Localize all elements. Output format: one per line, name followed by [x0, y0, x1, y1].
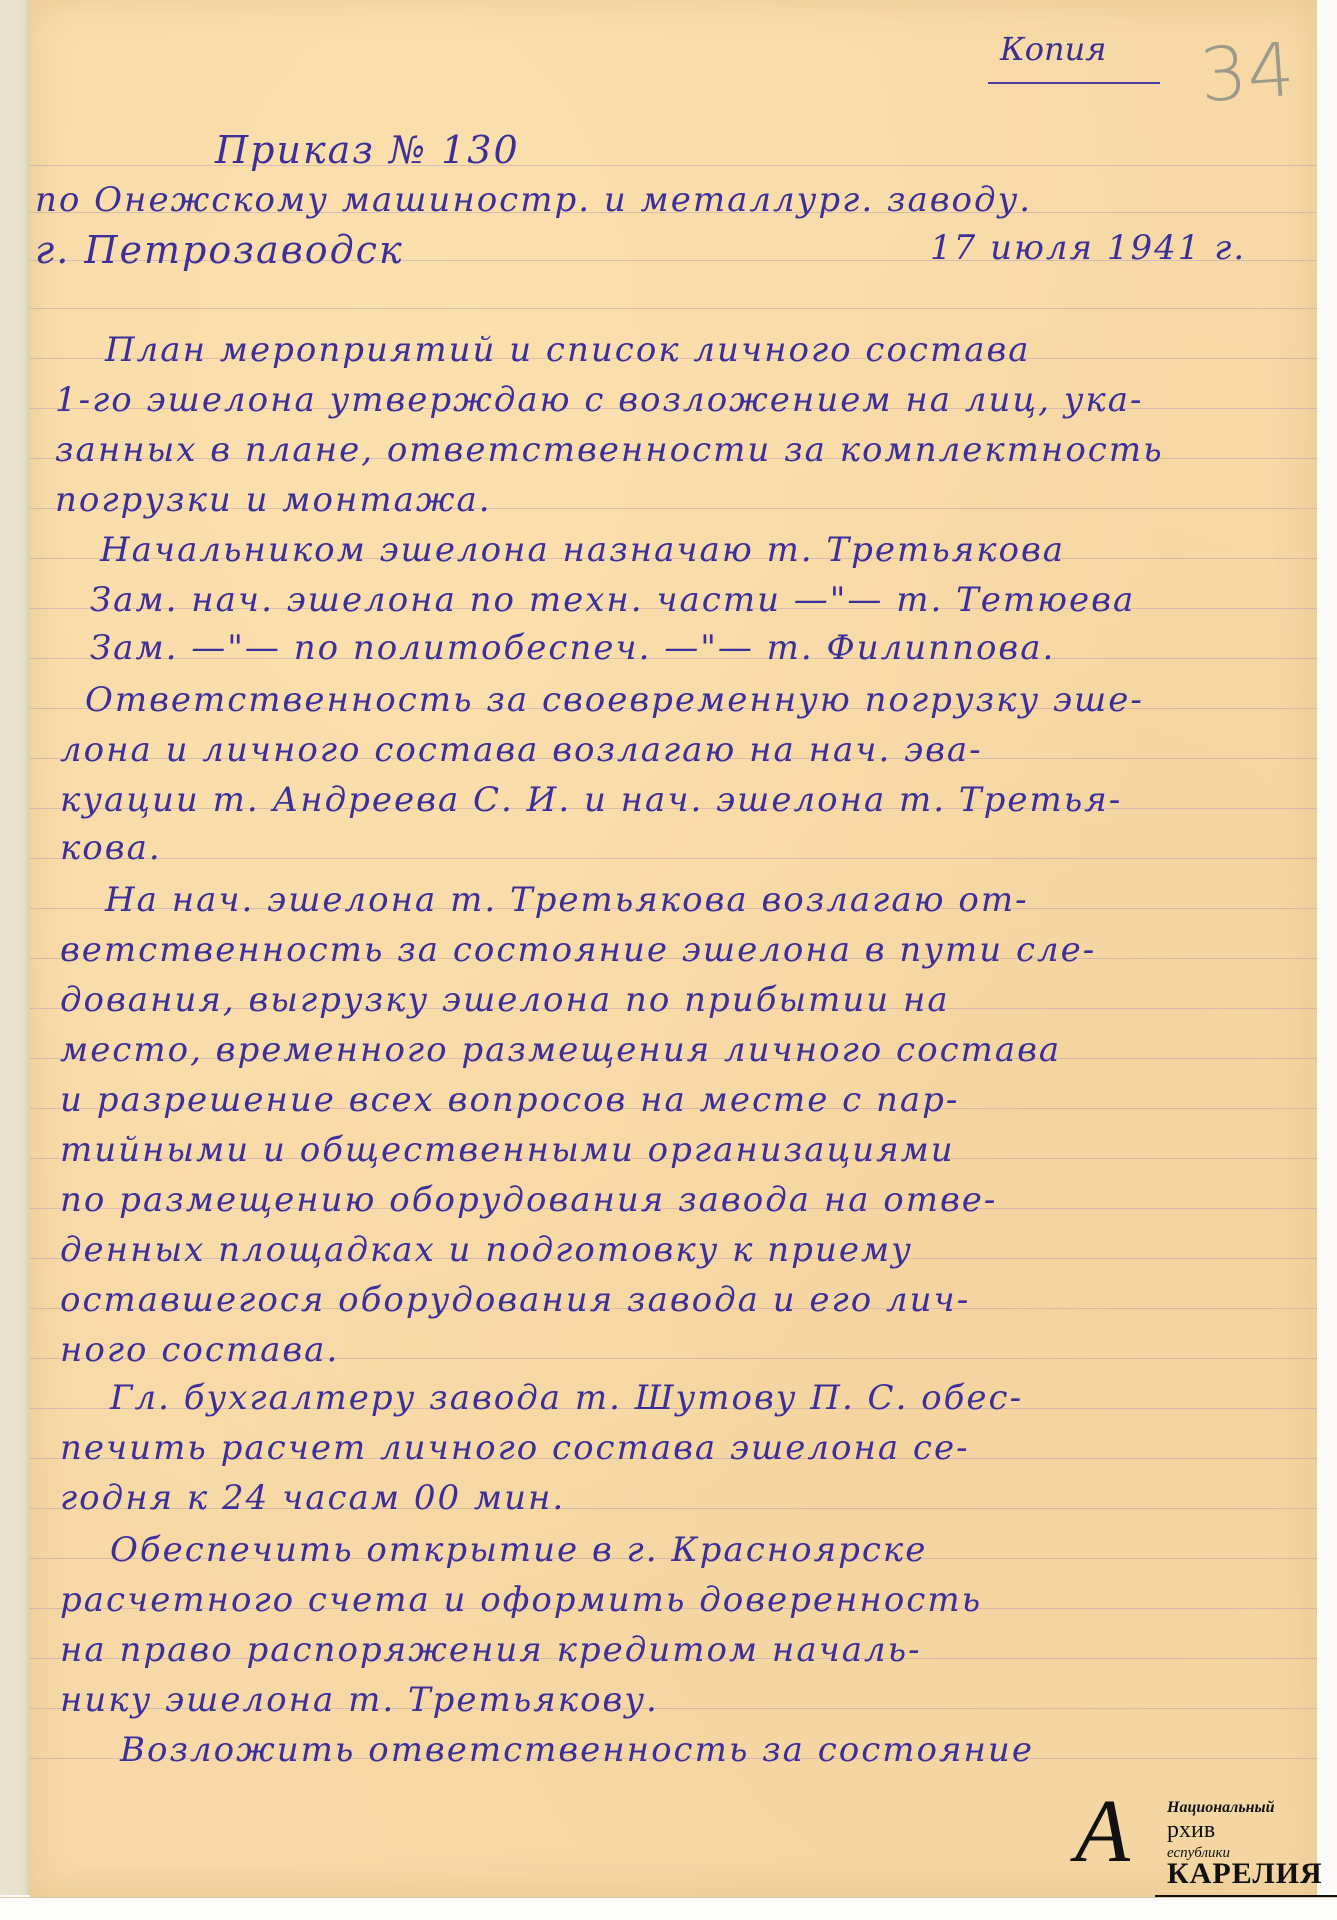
- text-line: ного состава.: [60, 1330, 339, 1370]
- text-line: оставшегося оборудования завода и его ли…: [60, 1280, 970, 1320]
- text-line: лона и личного состава возлагаю на нач. …: [60, 730, 983, 770]
- text-line: Зам. нач. эшелона по техн. части —"— т. …: [90, 580, 1135, 620]
- text-line: На нач. эшелона т. Третьякова возлагаю о…: [105, 880, 1029, 920]
- text-line: занных в плане, ответственности за компл…: [55, 430, 1164, 470]
- text-line: ветственность за состояние эшелона в пут…: [60, 930, 1096, 970]
- text-line: куации т. Андреева С. И. и нач. эшелона …: [60, 780, 1122, 820]
- text-line: тийными и общественными организациями: [60, 1130, 955, 1170]
- order-date: 17 июля 1941 г.: [930, 228, 1246, 268]
- text-line: 1-го эшелона утверждаю с возложением на …: [55, 380, 1143, 420]
- text-line: Возложить ответственность за состояние: [120, 1730, 1034, 1770]
- order-title: Приказ № 130: [215, 128, 520, 172]
- text-line: Обеспечить открытие в г. Красноярске: [110, 1530, 927, 1570]
- logo-monogram: А: [1075, 1787, 1130, 1877]
- text-line: нику эшелона т. Третьякову.: [60, 1680, 659, 1720]
- ruled-line: [30, 858, 1317, 859]
- text-line: на право распоряжения кредитом началь-: [60, 1630, 922, 1670]
- logo-line-1: Национальный: [1167, 1799, 1275, 1817]
- binding-strip: [0, 0, 30, 1895]
- text-line: место, временного размещения личного сос…: [60, 1030, 1061, 1070]
- text-line: Зам. —"— по политобеспеч. —"— т. Филиппо…: [90, 628, 1055, 668]
- text-line: дования, выгрузку эшелона по прибытии на: [60, 980, 950, 1020]
- scan-bottom-margin: [0, 1897, 1337, 1920]
- order-subtitle: по Онежскому машиностр. и металлург. зав…: [35, 180, 1032, 220]
- text-line: Ответственность за своевременную погрузк…: [85, 680, 1144, 720]
- text-line: и разрешение всех вопросов на месте с па…: [60, 1080, 959, 1120]
- logo-line-4: КАРЕЛИЯ: [1167, 1857, 1323, 1891]
- text-line: кова.: [60, 828, 162, 868]
- text-line: расчетного счета и оформить доверенность: [60, 1580, 982, 1620]
- text-line: печить расчет личного состава эшелона се…: [60, 1428, 970, 1468]
- logo-line-2: рхив: [1167, 1817, 1215, 1844]
- page-number: 34: [1197, 27, 1297, 119]
- copy-underline: [988, 82, 1160, 84]
- text-line: Начальником эшелона назначаю т. Третьяко…: [100, 530, 1065, 570]
- text-line: по размещению оборудования завода на отв…: [60, 1180, 997, 1220]
- order-place: г. Петрозаводск: [35, 228, 404, 272]
- text-line: годня к 24 часам 00 мин.: [60, 1478, 565, 1518]
- text-line: денных площадках и подготовку к приему: [60, 1230, 913, 1270]
- text-line: План мероприятий и список личного состав…: [105, 330, 1031, 370]
- copy-mark: Копия: [1000, 30, 1106, 68]
- ruled-line: [30, 308, 1317, 309]
- text-line: погрузки и монтажа.: [55, 480, 492, 520]
- text-line: Гл. бухгалтеру завода т. Шутову П. С. об…: [110, 1378, 1023, 1418]
